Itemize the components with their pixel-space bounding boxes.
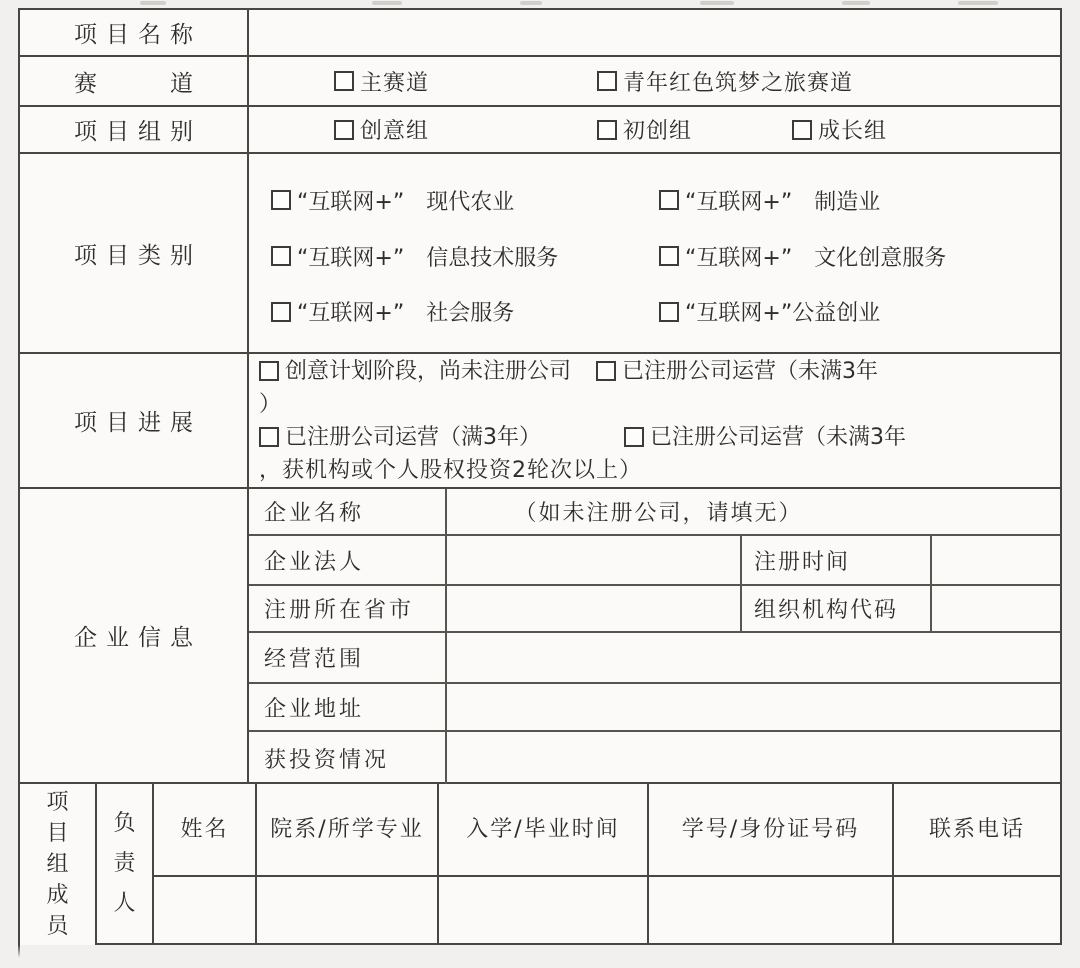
header-department-major: 院系/所学专业 bbox=[257, 784, 439, 875]
checkbox-category-it-service[interactable] bbox=[271, 246, 291, 266]
scan-artifact bbox=[520, 1, 542, 5]
members-inner: 负责人 姓名 院系/所学专业 入学/毕业时间 学号/身份证号码 联系电话 bbox=[97, 784, 1060, 945]
category-option-public-welfare-label: “互联网+”公益创业 bbox=[685, 296, 880, 327]
checkbox-progress-registered-over3[interactable] bbox=[259, 427, 279, 447]
enterprise-name-label: 企业名称 bbox=[249, 489, 447, 534]
track-label: 赛 道 bbox=[20, 57, 249, 105]
enterprise-scope-input-cell[interactable] bbox=[447, 633, 1060, 682]
enterprise-scope-row: 经营范围 bbox=[249, 633, 1060, 684]
enterprise-address-label: 企业地址 bbox=[249, 684, 447, 730]
group-options-cell: 创意组 初创组 成长组 bbox=[249, 107, 1060, 152]
category-option-public-welfare: “互联网+”公益创业 bbox=[659, 296, 880, 327]
enterprise-province-label: 注册所在省市 bbox=[249, 586, 447, 631]
progress-label: 项目进展 bbox=[20, 354, 249, 487]
progress-option-registered-under3-funded-label: 已注册公司运营（未满3年 bbox=[650, 421, 906, 454]
group-label: 项目组别 bbox=[20, 107, 249, 152]
enterprise-org-code-label: 组织机构代码 bbox=[742, 586, 932, 631]
group-row: 项目组别 创意组 初创组 成长组 bbox=[20, 107, 1060, 154]
category-option-cultural-creative-label: “互联网+” 文化创意服务 bbox=[685, 241, 946, 272]
checkbox-category-cultural-creative[interactable] bbox=[659, 246, 679, 266]
category-line-2: “互联网+” 信息技术服务 “互联网+” 文化创意服务 bbox=[249, 241, 1060, 272]
checkbox-startup-group[interactable] bbox=[597, 120, 617, 140]
scan-artifact bbox=[700, 1, 734, 5]
header-phone: 联系电话 bbox=[894, 784, 1060, 875]
members-section-label: 项目组成员 bbox=[44, 787, 72, 942]
enterprise-scope-label: 经营范围 bbox=[249, 633, 447, 682]
leader-time-input-cell[interactable] bbox=[439, 877, 649, 943]
enterprise-label: 企业信息 bbox=[20, 489, 249, 782]
category-label: 项目类别 bbox=[20, 154, 249, 352]
members-row: 项目组成员 负责人 姓名 院系/所学专业 入学/毕业时间 学号/身份证号码 联系… bbox=[20, 784, 1060, 945]
scan-artifact bbox=[958, 1, 998, 5]
category-option-cultural-creative: “互联网+” 文化创意服务 bbox=[659, 241, 946, 272]
leader-label: 负责人 bbox=[111, 804, 139, 924]
track-option-red-journey-label: 青年红色筑梦之旅赛道 bbox=[623, 66, 853, 97]
group-option-startup: 初创组 bbox=[597, 114, 792, 145]
progress-option-idea-stage: 创意计划阶段，尚未注册公司 bbox=[259, 355, 596, 388]
progress-line-3: 已注册公司运营（满3年） 已注册公司运营（未满3年 bbox=[259, 421, 1060, 454]
category-option-manufacturing-label: “互联网+” 制造业 bbox=[685, 185, 880, 216]
project-name-label: 项目名称 bbox=[20, 10, 249, 55]
enterprise-name-input-cell[interactable]: （如未注册公司，请填无） bbox=[447, 489, 1060, 534]
track-row: 赛 道 主赛道 青年红色筑梦之旅赛道 bbox=[20, 57, 1060, 107]
category-row: 项目类别 “互联网+” 现代农业 “互联网+” 制造业 “互联网+” 信 bbox=[20, 154, 1060, 354]
progress-option-registered-under3-funded: 已注册公司运营（未满3年 bbox=[624, 421, 906, 454]
header-name: 姓名 bbox=[154, 784, 257, 875]
progress-option-registered-over3: 已注册公司运营（满3年） bbox=[259, 421, 624, 454]
checkbox-red-journey-track[interactable] bbox=[597, 71, 617, 91]
progress-option-idea-stage-label: 创意计划阶段，尚未注册公司 bbox=[285, 355, 571, 388]
progress-options-cell: 创意计划阶段，尚未注册公司 已注册公司运营（未满3年 ） 已注册公司运营（满3年… bbox=[249, 354, 1060, 487]
members-columns: 姓名 院系/所学专业 入学/毕业时间 学号/身份证号码 联系电话 bbox=[154, 784, 1060, 943]
track-option-main-label: 主赛道 bbox=[360, 66, 429, 97]
progress-option-registered-under3-label: 已注册公司运营（未满3年 bbox=[622, 355, 878, 388]
enterprise-legal-input-cell[interactable] bbox=[447, 536, 742, 584]
enterprise-name-note: （如未注册公司，请填无） bbox=[514, 496, 802, 527]
progress-line-4: ，获机构或个人股权投资2轮次以上） bbox=[259, 454, 1060, 487]
group-option-creative: 创意组 bbox=[334, 114, 597, 145]
enterprise-investment-row: 获投资情况 bbox=[249, 732, 1060, 784]
progress-line-2: ） bbox=[259, 388, 1060, 421]
checkbox-creative-group[interactable] bbox=[334, 120, 354, 140]
checkbox-progress-registered-under3-funded[interactable] bbox=[624, 427, 644, 447]
header-student-id: 学号/身份证号码 bbox=[649, 784, 894, 875]
group-option-startup-label: 初创组 bbox=[623, 114, 692, 145]
progress-option-registered-over3-label: 已注册公司运营（满3年） bbox=[285, 421, 541, 454]
scanned-application-form: 项目名称 赛 道 主赛道 青年红色筑梦之旅赛道 项目组别 bbox=[0, 0, 1080, 968]
checkbox-category-social-service[interactable] bbox=[271, 302, 291, 322]
category-option-agriculture: “互联网+” 现代农业 bbox=[271, 185, 659, 216]
enterprise-org-code-input-cell[interactable] bbox=[932, 586, 1060, 631]
project-name-input-cell[interactable] bbox=[249, 10, 1060, 55]
enterprise-address-row: 企业地址 bbox=[249, 684, 1060, 732]
track-option-main: 主赛道 bbox=[334, 66, 597, 97]
leader-name-input-cell[interactable] bbox=[154, 877, 257, 943]
project-name-row: 项目名称 bbox=[20, 10, 1060, 57]
category-option-it-service: “互联网+” 信息技术服务 bbox=[271, 241, 659, 272]
enterprise-reg-time-input-cell[interactable] bbox=[932, 536, 1060, 584]
enterprise-investment-input-cell[interactable] bbox=[447, 732, 1060, 784]
members-section-label-cell: 项目组成员 bbox=[20, 784, 97, 945]
checkbox-growth-group[interactable] bbox=[792, 120, 812, 140]
group-option-growth: 成长组 bbox=[792, 114, 887, 145]
category-line-1: “互联网+” 现代农业 “互联网+” 制造业 bbox=[249, 185, 1060, 216]
scan-artifact bbox=[842, 1, 870, 5]
category-option-social-service-label: “互联网+” 社会服务 bbox=[297, 296, 514, 327]
progress-option-registered-under3: 已注册公司运营（未满3年 bbox=[596, 355, 878, 388]
enterprise-province-input-cell[interactable] bbox=[447, 586, 742, 631]
track-options-cell: 主赛道 青年红色筑梦之旅赛道 bbox=[249, 57, 1060, 105]
checkbox-category-public-welfare[interactable] bbox=[659, 302, 679, 322]
track-option-red-journey: 青年红色筑梦之旅赛道 bbox=[597, 66, 853, 97]
category-option-social-service: “互联网+” 社会服务 bbox=[271, 296, 659, 327]
leader-data-row bbox=[154, 877, 1060, 943]
leader-phone-input-cell[interactable] bbox=[894, 877, 1060, 943]
checkbox-category-manufacturing[interactable] bbox=[659, 190, 679, 210]
checkbox-progress-registered-under3[interactable] bbox=[596, 361, 616, 381]
left-border-extension bbox=[18, 945, 20, 958]
header-enroll-graduate-time: 入学/毕业时间 bbox=[439, 784, 649, 875]
enterprise-legal-row: 企业法人 注册时间 bbox=[249, 536, 1060, 586]
category-options-cell: “互联网+” 现代农业 “互联网+” 制造业 “互联网+” 信息技术服务 “互联… bbox=[249, 154, 1060, 352]
leader-label-cell: 负责人 bbox=[97, 784, 154, 943]
application-form-table: 项目名称 赛 道 主赛道 青年红色筑梦之旅赛道 项目组别 bbox=[18, 8, 1062, 945]
scan-artifact bbox=[140, 1, 166, 5]
enterprise-row: 企业信息 企业名称 （如未注册公司，请填无） 企业法人 注册时间 注册所在省市 bbox=[20, 489, 1060, 784]
enterprise-subtable: 企业名称 （如未注册公司，请填无） 企业法人 注册时间 注册所在省市 组织机构代… bbox=[249, 489, 1060, 782]
leader-id-input-cell[interactable] bbox=[649, 877, 894, 943]
checkbox-main-track[interactable] bbox=[334, 71, 354, 91]
checkbox-category-agriculture[interactable] bbox=[271, 190, 291, 210]
category-option-agriculture-label: “互联网+” 现代农业 bbox=[297, 185, 514, 216]
progress-row: 项目进展 创意计划阶段，尚未注册公司 已注册公司运营（未满3年 ） bbox=[20, 354, 1060, 489]
checkbox-progress-idea-stage[interactable] bbox=[259, 361, 279, 381]
enterprise-name-row: 企业名称 （如未注册公司，请填无） bbox=[249, 489, 1060, 536]
enterprise-address-input-cell[interactable] bbox=[447, 684, 1060, 730]
group-option-growth-label: 成长组 bbox=[818, 114, 887, 145]
category-option-manufacturing: “互联网+” 制造业 bbox=[659, 185, 880, 216]
enterprise-province-row: 注册所在省市 组织机构代码 bbox=[249, 586, 1060, 633]
group-option-creative-label: 创意组 bbox=[360, 114, 429, 145]
category-option-it-service-label: “互联网+” 信息技术服务 bbox=[297, 241, 558, 272]
enterprise-investment-label: 获投资情况 bbox=[249, 732, 447, 784]
members-header-row: 姓名 院系/所学专业 入学/毕业时间 学号/身份证号码 联系电话 bbox=[154, 784, 1060, 877]
progress-line-1: 创意计划阶段，尚未注册公司 已注册公司运营（未满3年 bbox=[259, 355, 1060, 388]
enterprise-legal-label: 企业法人 bbox=[249, 536, 447, 584]
scan-artifact bbox=[372, 1, 402, 5]
category-line-3: “互联网+” 社会服务 “互联网+”公益创业 bbox=[249, 296, 1060, 327]
enterprise-reg-time-label: 注册时间 bbox=[742, 536, 932, 584]
leader-department-input-cell[interactable] bbox=[257, 877, 439, 943]
